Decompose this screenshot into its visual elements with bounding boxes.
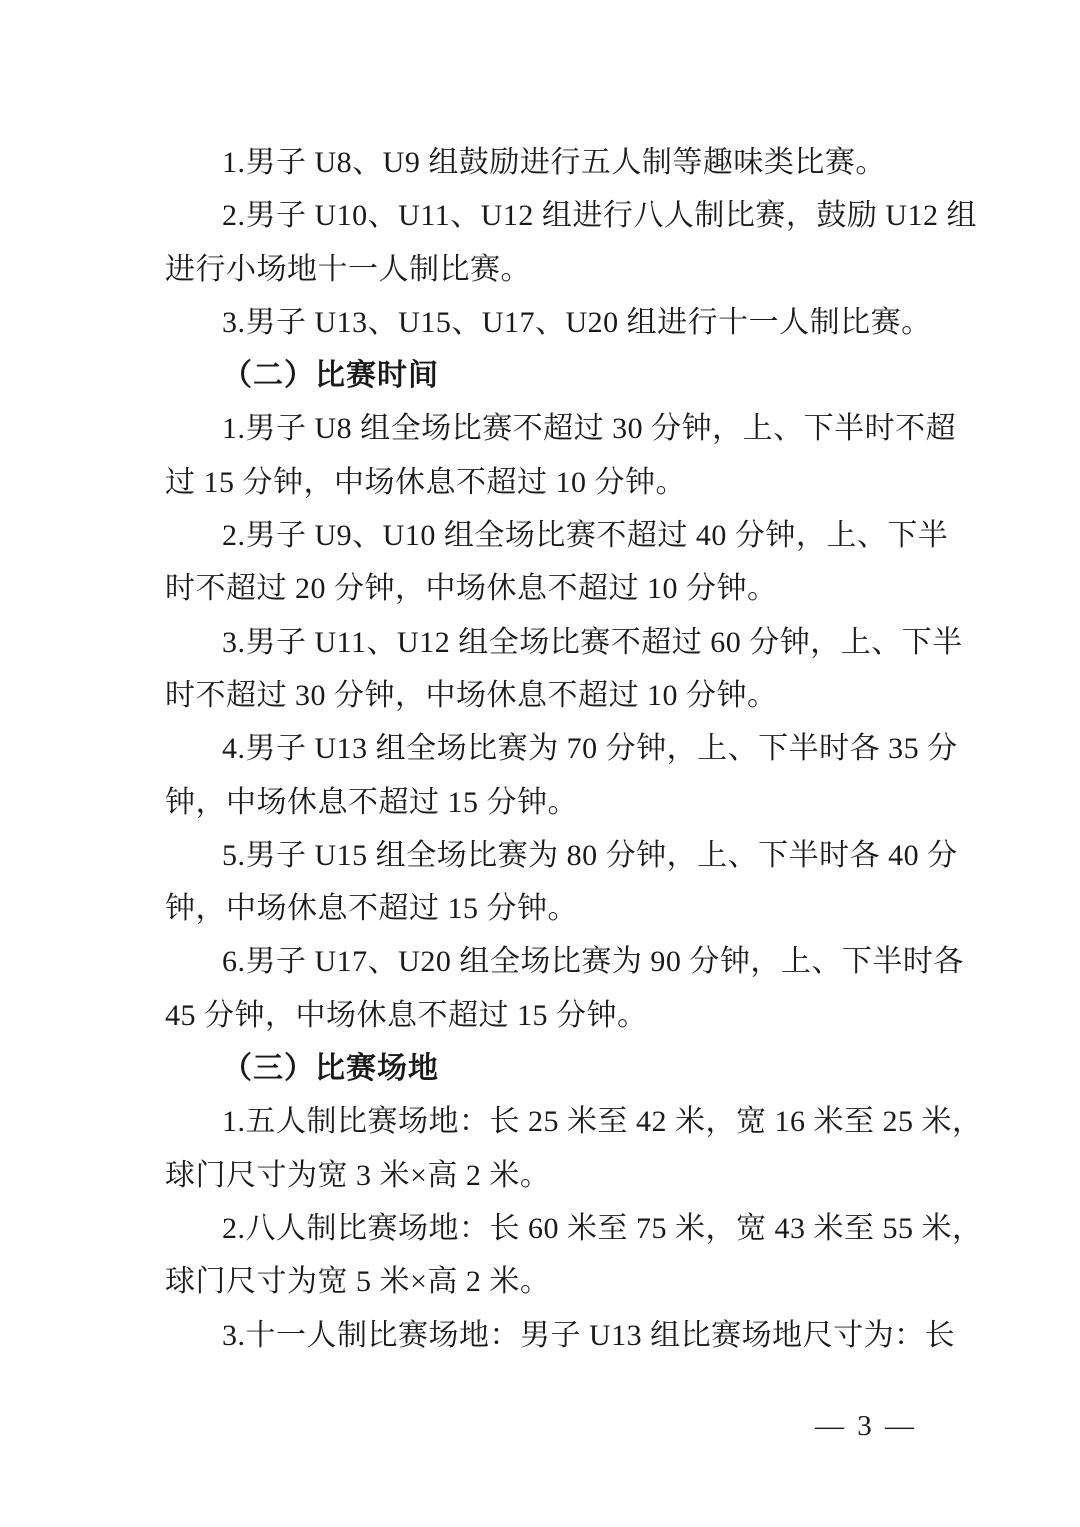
document-line: 1.五人制比赛场地：长 25 米至 42 米，宽 16 米至 25 米， <box>165 1095 915 1148</box>
paragraph: 6.男子 U17、U20 组全场比赛为 90 分钟，上、下半时各45 分钟，中场… <box>165 935 915 1042</box>
document-line: 45 分钟，中场休息不超过 15 分钟。 <box>165 989 915 1042</box>
paragraph: 1.五人制比赛场地：长 25 米至 42 米，宽 16 米至 25 米，球门尺寸… <box>165 1095 915 1202</box>
document-line: 3.男子 U13、U15、U17、U20 组进行十一人制比赛。 <box>165 296 915 349</box>
document-line: 过 15 分钟，中场休息不超过 10 分钟。 <box>165 456 915 509</box>
document-line: 2.八人制比赛场地：长 60 米至 75 米，宽 43 米至 55 米， <box>165 1202 915 1255</box>
page-number: — 3 — <box>815 1410 917 1443</box>
document-line: 1.男子 U8 组全场比赛不超过 30 分钟，上、下半时不超 <box>165 402 915 455</box>
document-line: 2.男子 U10、U11、U12 组进行八人制比赛，鼓励 U12 组 <box>165 189 915 242</box>
paragraph: 4.男子 U13 组全场比赛为 70 分钟，上、下半时各 35 分钟，中场休息不… <box>165 722 915 829</box>
document-line: 球门尺寸为宽 3 米×高 2 米。 <box>165 1149 915 1202</box>
paragraph: 5.男子 U15 组全场比赛为 80 分钟，上、下半时各 40 分钟，中场休息不… <box>165 829 915 936</box>
document-line: 3.十一人制比赛场地：男子 U13 组比赛场地尺寸为：长 <box>165 1309 915 1362</box>
paragraph: 2.男子 U9、U10 组全场比赛不超过 40 分钟，上、下半时不超过 20 分… <box>165 509 915 616</box>
paragraph: 3.男子 U13、U15、U17、U20 组进行十一人制比赛。 <box>165 296 915 349</box>
document-line: 进行小场地十一人制比赛。 <box>165 243 915 296</box>
paragraph: 2.男子 U10、U11、U12 组进行八人制比赛，鼓励 U12 组进行小场地十… <box>165 189 915 296</box>
document-line: 6.男子 U17、U20 组全场比赛为 90 分钟，上、下半时各 <box>165 935 915 988</box>
paragraph: 3.十一人制比赛场地：男子 U13 组比赛场地尺寸为：长 <box>165 1309 915 1362</box>
document-line: 钟，中场休息不超过 15 分钟。 <box>165 882 915 935</box>
document-line: 时不超过 20 分钟，中场休息不超过 10 分钟。 <box>165 562 915 615</box>
paragraph: 3.男子 U11、U12 组全场比赛不超过 60 分钟，上、下半时不超过 30 … <box>165 616 915 723</box>
section-heading-text: （三）比赛场地 <box>165 1042 915 1095</box>
document-line: 3.男子 U11、U12 组全场比赛不超过 60 分钟，上、下半 <box>165 616 915 669</box>
document-line: 2.男子 U9、U10 组全场比赛不超过 40 分钟，上、下半 <box>165 509 915 562</box>
document-page: 1.男子 U8、U9 组鼓励进行五人制等趣味类比赛。2.男子 U10、U11、U… <box>0 0 1080 1527</box>
paragraph: 1.男子 U8、U9 组鼓励进行五人制等趣味类比赛。 <box>165 136 915 189</box>
document-content: 1.男子 U8、U9 组鼓励进行五人制等趣味类比赛。2.男子 U10、U11、U… <box>165 136 915 1362</box>
document-line: 时不超过 30 分钟，中场休息不超过 10 分钟。 <box>165 669 915 722</box>
section-heading: （三）比赛场地 <box>165 1042 915 1095</box>
document-line: 钟，中场休息不超过 15 分钟。 <box>165 776 915 829</box>
section-heading-text: （二）比赛时间 <box>165 349 915 402</box>
paragraph: 2.八人制比赛场地：长 60 米至 75 米，宽 43 米至 55 米，球门尺寸… <box>165 1202 915 1309</box>
document-line: 球门尺寸为宽 5 米×高 2 米。 <box>165 1255 915 1308</box>
document-line: 5.男子 U15 组全场比赛为 80 分钟，上、下半时各 40 分 <box>165 829 915 882</box>
document-line: 1.男子 U8、U9 组鼓励进行五人制等趣味类比赛。 <box>165 136 915 189</box>
section-heading: （二）比赛时间 <box>165 349 915 402</box>
paragraph: 1.男子 U8 组全场比赛不超过 30 分钟，上、下半时不超过 15 分钟，中场… <box>165 402 915 509</box>
document-line: 4.男子 U13 组全场比赛为 70 分钟，上、下半时各 35 分 <box>165 722 915 775</box>
